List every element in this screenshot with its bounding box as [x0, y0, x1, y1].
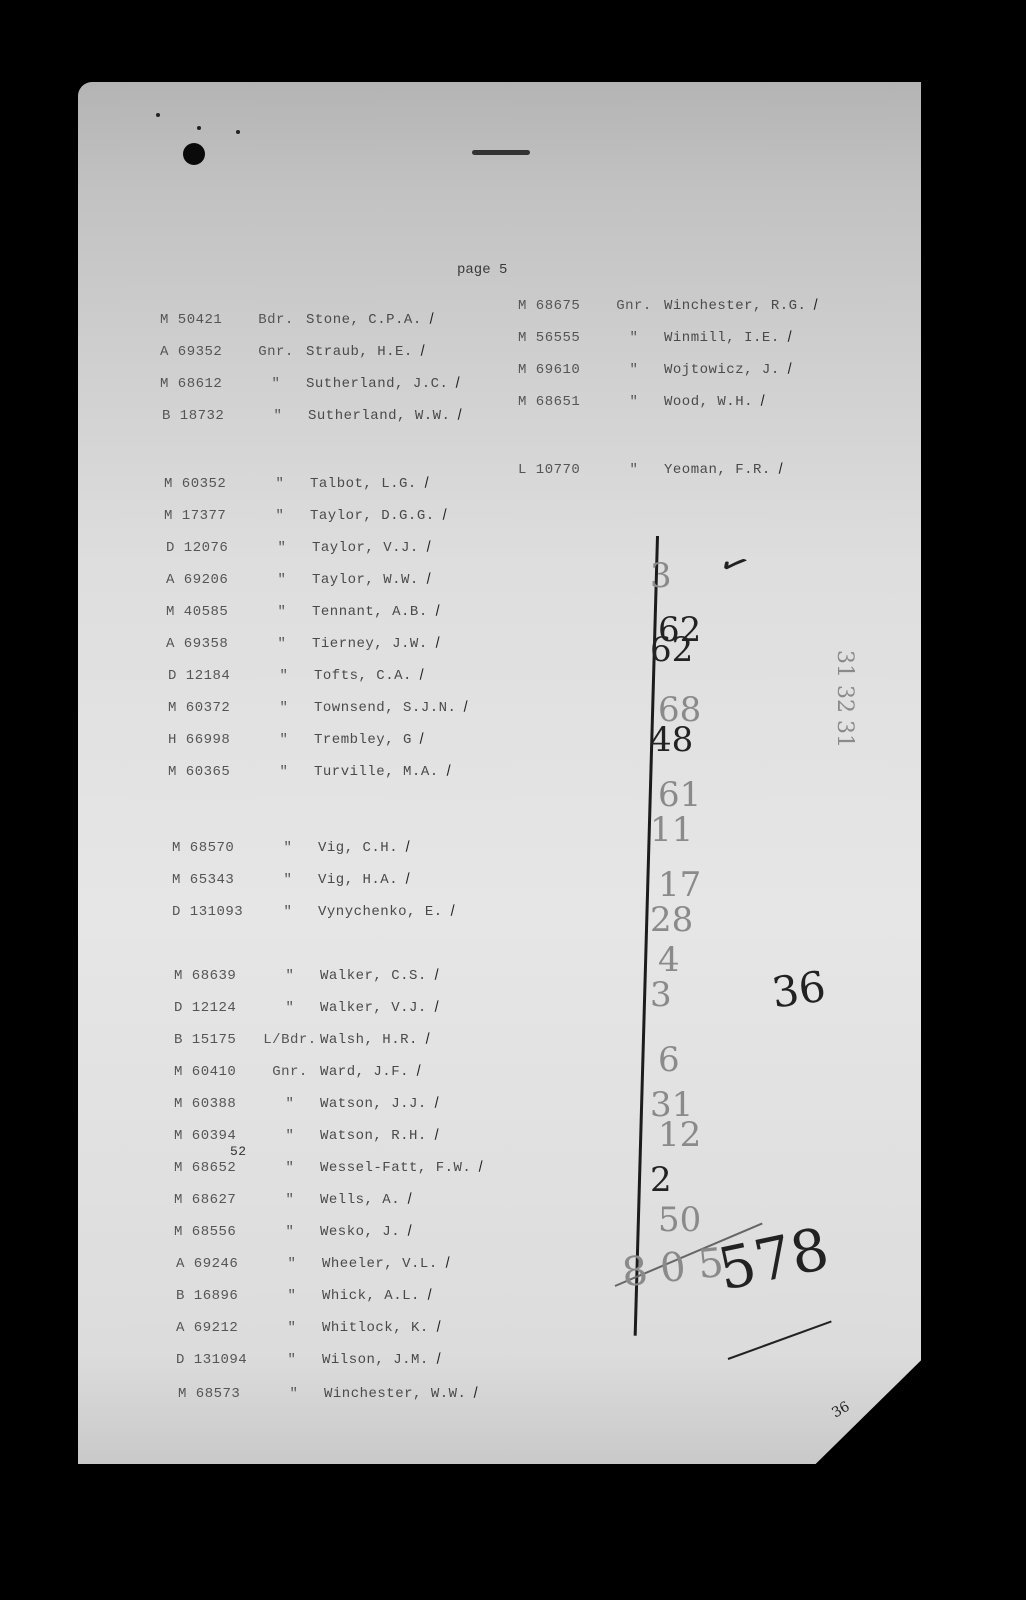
- rank: ": [604, 394, 664, 410]
- rank: ": [260, 1096, 320, 1112]
- soldier-name: Wells, A.: [320, 1192, 400, 1208]
- service-number: M 68675: [518, 298, 604, 314]
- rank: ": [246, 376, 306, 392]
- service-number: B 18732: [162, 408, 248, 424]
- roster-row: M 60372"Townsend, S.J.N./: [168, 700, 471, 716]
- tally-number: 11: [650, 810, 693, 850]
- roster-row: M 65343"Vig, H.A./: [172, 872, 413, 888]
- rank: ": [252, 540, 312, 556]
- service-number: M 60388: [174, 1096, 260, 1112]
- rank: ": [248, 408, 308, 424]
- service-number: M 68570: [172, 840, 258, 856]
- rank: ": [254, 764, 314, 780]
- rank: ": [252, 572, 312, 588]
- soldier-name: Yeoman, F.R.: [664, 462, 771, 478]
- tally-number: 62: [650, 630, 693, 670]
- service-number: M 68652: [174, 1160, 260, 1176]
- service-number: M 50421: [160, 312, 246, 328]
- soldier-name: Winchester, R.G.: [664, 298, 806, 314]
- service-number: H 66998: [168, 732, 254, 748]
- rank: ": [260, 968, 320, 984]
- tally-number: 17: [658, 865, 701, 905]
- roster-row: M 68573"Winchester, W.W./: [178, 1386, 481, 1402]
- roster-row: M 68675Gnr.Winchester, R.G./: [518, 298, 821, 314]
- roster-row: H 66998"Trembley, G/: [168, 732, 427, 748]
- soldier-name: Whitlock, K.: [322, 1320, 429, 1336]
- soldier-name: Whick, A.L.: [322, 1288, 420, 1304]
- tally-number: 3: [650, 556, 672, 596]
- rank: Gnr.: [260, 1064, 320, 1080]
- roster-row: M 60365"Turville, M.A./: [168, 764, 454, 780]
- service-number: A 69212: [176, 1320, 262, 1336]
- service-number: M 40585: [166, 604, 252, 620]
- soldier-name: Watson, R.H.: [320, 1128, 427, 1144]
- rank: ": [252, 604, 312, 620]
- rank: ": [258, 840, 318, 856]
- service-number: D 131093: [172, 904, 258, 920]
- soldier-name: Taylor, W.W.: [312, 572, 419, 588]
- service-number: B 16896: [176, 1288, 262, 1304]
- roster-row: M 40585"Tennant, A.B./: [166, 604, 443, 620]
- soldier-name: Turville, M.A.: [314, 764, 439, 780]
- roster-row: A 69246"Wheeler, V.L./: [176, 1256, 453, 1272]
- rank: ": [260, 1128, 320, 1144]
- soldier-name: Wojtowicz, J.: [664, 362, 780, 378]
- tally-number: 3: [650, 975, 672, 1015]
- service-number: M 56555: [518, 330, 604, 346]
- rank: ": [262, 1256, 322, 1272]
- handwritten-margin-note: 31 32 31: [826, 650, 846, 748]
- soldier-name: Wessel-Fatt, F.W.: [320, 1160, 471, 1176]
- soldier-name: Wood, W.H.: [664, 394, 753, 410]
- rank: ": [260, 1224, 320, 1240]
- soldier-name: Wheeler, V.L.: [322, 1256, 438, 1272]
- rank: ": [258, 872, 318, 888]
- service-number: M 69610: [518, 362, 604, 378]
- punch-hole: [183, 143, 205, 165]
- service-number: M 68627: [174, 1192, 260, 1208]
- soldier-name: Taylor, D.G.G.: [310, 508, 435, 524]
- soldier-name: Winchester, W.W.: [324, 1386, 466, 1402]
- soldier-name: Ward, J.F.: [320, 1064, 409, 1080]
- roster-row: D 12184"Tofts, C.A./: [168, 668, 427, 684]
- roster-row: M 68652"Wessel-Fatt, F.W./52: [174, 1160, 486, 1176]
- rank: ": [260, 1000, 320, 1016]
- rank: ": [264, 1386, 324, 1402]
- roster-row: M 60388"Watson, J.J./: [174, 1096, 442, 1112]
- rank: ": [262, 1352, 322, 1368]
- soldier-name: Stone, C.P.A.: [306, 312, 422, 328]
- rank: ": [254, 668, 314, 684]
- rank: Gnr.: [246, 344, 306, 360]
- service-number: D 12124: [174, 1000, 260, 1016]
- rank: ": [604, 362, 664, 378]
- service-number: D 131094: [176, 1352, 262, 1368]
- soldier-name: Vig, C.H.: [318, 840, 398, 856]
- service-number: L 10770: [518, 462, 604, 478]
- service-number: A 69206: [166, 572, 252, 588]
- rank: ": [250, 476, 310, 492]
- service-number: M 60394: [174, 1128, 260, 1144]
- rank: ": [604, 462, 664, 478]
- rank: ": [260, 1192, 320, 1208]
- soldier-name: Wesko, J.: [320, 1224, 400, 1240]
- service-number: M 60365: [168, 764, 254, 780]
- roster-row: M 69610"Wojtowicz, J./: [518, 362, 795, 378]
- soldier-name: Straub, H.E.: [306, 344, 413, 360]
- roster-row: L 10770"Yeoman, F.R./: [518, 462, 786, 478]
- rank: ": [254, 732, 314, 748]
- roster-row: D 12076"Taylor, V.J./: [166, 540, 434, 556]
- roster-row: D 131094"Wilson, J.M./: [176, 1352, 444, 1368]
- service-number: A 69246: [176, 1256, 262, 1272]
- service-number: M 68639: [174, 968, 260, 984]
- rank: ": [252, 636, 312, 652]
- service-number: M 68651: [518, 394, 604, 410]
- rank: ": [250, 508, 310, 524]
- tally-number: 4: [658, 940, 680, 980]
- tally-number: 28: [650, 900, 693, 940]
- tally-number: 61: [658, 775, 701, 815]
- roster-row: A 69212"Whitlock, K./: [176, 1320, 444, 1336]
- service-number: A 69358: [166, 636, 252, 652]
- roster-row: M 68556"Wesko, J./: [174, 1224, 415, 1240]
- roster-row: D 131093"Vynychenko, E./: [172, 904, 458, 920]
- service-number: D 12076: [166, 540, 252, 556]
- soldier-name: Tofts, C.A.: [314, 668, 412, 684]
- page-number-label: page 5: [457, 262, 507, 278]
- roster-row: M 68627"Wells, A./: [174, 1192, 415, 1208]
- typed-correction: 52: [230, 1144, 247, 1159]
- tally-number: 48: [650, 720, 693, 760]
- rank: ": [262, 1288, 322, 1304]
- service-number: M 60372: [168, 700, 254, 716]
- soldier-name: Vynychenko, E.: [318, 904, 443, 920]
- roster-row: B 16896"Whick, A.L./: [176, 1288, 435, 1304]
- soldier-name: Wilson, J.M.: [322, 1352, 429, 1368]
- soldier-name: Watson, J.J.: [320, 1096, 427, 1112]
- soldier-name: Sutherland, J.C.: [306, 376, 448, 392]
- soldier-name: Trembley, G: [314, 732, 412, 748]
- rank: L/Bdr.: [260, 1032, 320, 1048]
- soldier-name: Townsend, S.J.N.: [314, 700, 456, 716]
- service-number: M 60410: [174, 1064, 260, 1080]
- roster-row: M 68570"Vig, C.H./: [172, 840, 413, 856]
- soldier-name: Walker, C.S.: [320, 968, 427, 984]
- tally-number: 12: [658, 1115, 701, 1155]
- roster-row: M 68612"Sutherland, J.C./: [160, 376, 463, 392]
- roster-row: A 69206"Taylor, W.W./: [166, 572, 434, 588]
- tally-number: 50: [658, 1200, 701, 1240]
- service-number: M 68612: [160, 376, 246, 392]
- service-number: M 60352: [164, 476, 250, 492]
- service-number: M 68556: [174, 1224, 260, 1240]
- roster-row: M 68639"Walker, C.S./: [174, 968, 442, 984]
- service-number: B 15175: [174, 1032, 260, 1048]
- rank: ": [262, 1320, 322, 1336]
- roster-row: B 18732"Sutherland, W.W./: [162, 408, 465, 424]
- ink-speck: [156, 113, 160, 117]
- soldier-name: Walsh, H.R.: [320, 1032, 418, 1048]
- roster-row: A 69358"Tierney, J.W./: [166, 636, 443, 652]
- soldier-name: Winmill, I.E.: [664, 330, 780, 346]
- tally-number: 6: [658, 1040, 680, 1080]
- rank: Bdr.: [246, 312, 306, 328]
- service-number: M 17377: [164, 508, 250, 524]
- soldier-name: Sutherland, W.W.: [308, 408, 450, 424]
- ink-speck: [197, 126, 201, 130]
- tally-number: 2: [650, 1160, 672, 1200]
- soldier-name: Walker, V.J.: [320, 1000, 427, 1016]
- handwritten-side-number: 36: [769, 962, 829, 1018]
- roster-row: M 17377"Taylor, D.G.G./: [164, 508, 450, 524]
- ink-speck: [236, 130, 240, 134]
- roster-row: M 60394"Watson, R.H./: [174, 1128, 442, 1144]
- roster-row: M 56555"Winmill, I.E./: [518, 330, 795, 346]
- roster-row: B 15175L/Bdr.Walsh, H.R./: [174, 1032, 433, 1048]
- rank: ": [260, 1160, 320, 1176]
- roster-row: M 50421Bdr.Stone, C.P.A./: [160, 312, 437, 328]
- service-number: D 12184: [168, 668, 254, 684]
- roster-row: M 60410Gnr.Ward, J.F./: [174, 1064, 424, 1080]
- service-number: M 65343: [172, 872, 258, 888]
- paper-clip-mark: [472, 150, 530, 155]
- rank: ": [254, 700, 314, 716]
- service-number: A 69352: [160, 344, 246, 360]
- soldier-name: Tierney, J.W.: [312, 636, 428, 652]
- roster-row: A 69352Gnr.Straub, H.E./: [160, 344, 428, 360]
- service-number: M 68573: [178, 1386, 264, 1402]
- roster-row: D 12124"Walker, V.J./: [174, 1000, 442, 1016]
- rank: ": [258, 904, 318, 920]
- soldier-name: Vig, H.A.: [318, 872, 398, 888]
- roster-row: M 60352"Talbot, L.G./: [164, 476, 432, 492]
- rank: Gnr.: [604, 298, 664, 314]
- soldier-name: Tennant, A.B.: [312, 604, 428, 620]
- roster-row: M 68651"Wood, W.H./: [518, 394, 768, 410]
- soldier-name: Taylor, V.J.: [312, 540, 419, 556]
- soldier-name: Talbot, L.G.: [310, 476, 417, 492]
- rank: ": [604, 330, 664, 346]
